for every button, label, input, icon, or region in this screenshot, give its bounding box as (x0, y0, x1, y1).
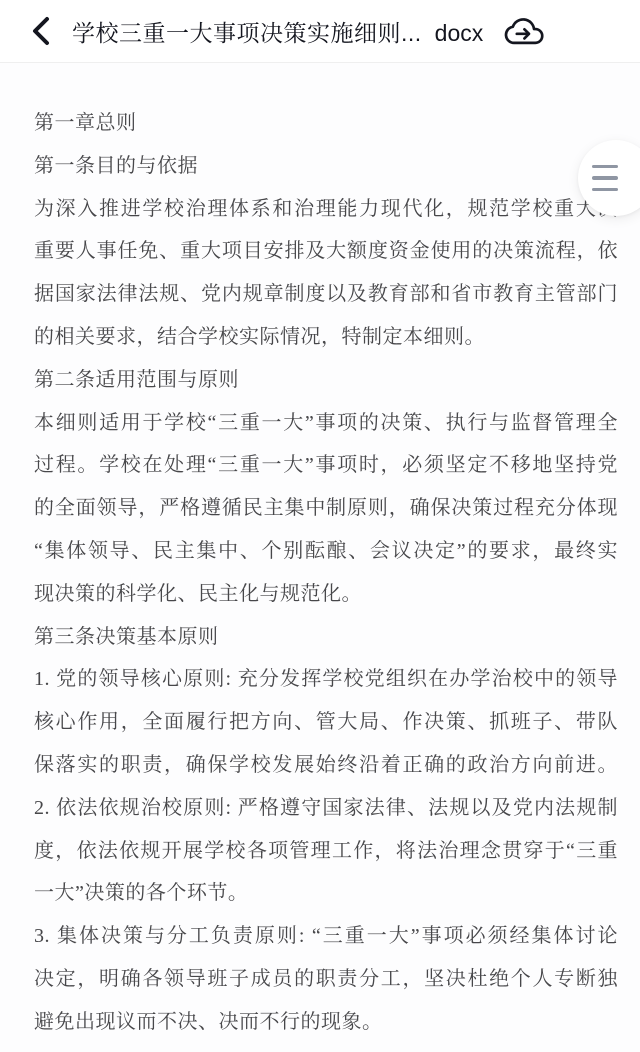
document-line: 为深入推进学校治理体系和治理能力现代化，规范学校重大决策、 (34, 188, 618, 231)
document-line: 过程。学校在处理“三重一大”事项时，必须坚定不移地坚持党 (34, 444, 618, 487)
document-line: “集体领导、民主集中、个别酝酿、会议决定”的要求，最终实 (34, 530, 618, 573)
document-line: 本细则适用于学校“三重一大”事项的决策、执行与监督管理全 (34, 402, 618, 445)
document-line: 重要人事任免、重大项目安排及大额度资金使用的决策流程，依 (34, 230, 618, 273)
document-body: 第一章总则第一条目的与依据为深入推进学校治理体系和治理能力现代化，规范学校重大决… (34, 102, 618, 1044)
document-line: 的相关要求，结合学校实际情况，特制定本细则。 (34, 316, 618, 359)
hamburger-menu-icon (592, 176, 618, 180)
chevron-left-icon (28, 16, 54, 46)
document-line: 据国家法律法规、党内规章制度以及教育部和省市教育主管部门 (34, 273, 618, 316)
document-line: 避免出现议而不决、决而不行的现象。 (34, 1001, 618, 1044)
cloud-arrow-share-icon (500, 12, 546, 50)
hamburger-menu-icon (592, 188, 618, 192)
document-line: 核心作用，全面履行把方向、管大局、作决策、抓班子、带队伍、 (34, 701, 618, 744)
document-line: 度，依法依规开展学校各项管理工作，将法治理念贯穿于“三重 (34, 830, 618, 873)
document-title-group: 学校三重一大事项决策实施细则... docx (72, 15, 483, 48)
document-extension: docx (435, 20, 484, 47)
document-viewer: 第一章总则第一条目的与依据为深入推进学校治理体系和治理能力现代化，规范学校重大决… (0, 63, 640, 1052)
header: 学校三重一大事项决策实施细则... docx (0, 0, 640, 63)
share-button[interactable] (500, 11, 546, 51)
document-line: 第一章总则 (34, 102, 618, 145)
document-line: 第二条适用范围与原则 (34, 359, 618, 402)
document-line: 1. 党的领导核心原则: 充分发挥学校党组织在办学治校中的领导 (34, 658, 618, 701)
document-title: 学校三重一大事项决策实施细则... (72, 15, 422, 48)
document-line: 的全面领导，严格遵循民主集中制原则，确保决策过程充分体现 (34, 487, 618, 530)
document-line: 2. 依法依规治校原则: 严格遵守国家法律、法规以及党内法规制 (34, 787, 618, 830)
document-line: 一大”决策的各个环节。 (34, 872, 618, 915)
document-line: 第一条目的与依据 (34, 145, 618, 188)
document-line: 第三条决策基本原则 (34, 616, 618, 659)
document-line: 3. 集体决策与分工负责原则: “三重一大”事项必须经集体讨论 (34, 915, 618, 958)
back-button[interactable] (24, 14, 58, 48)
document-line: 现决策的科学化、民主化与规范化。 (34, 573, 618, 616)
document-line: 决定，明确各领导班子成员的职责分工，坚决杜绝个人专断独行， (34, 958, 618, 1001)
document-line: 保落实的职责，确保学校发展始终沿着正确的政治方向前进。 (34, 744, 618, 787)
hamburger-menu-icon (592, 165, 618, 169)
